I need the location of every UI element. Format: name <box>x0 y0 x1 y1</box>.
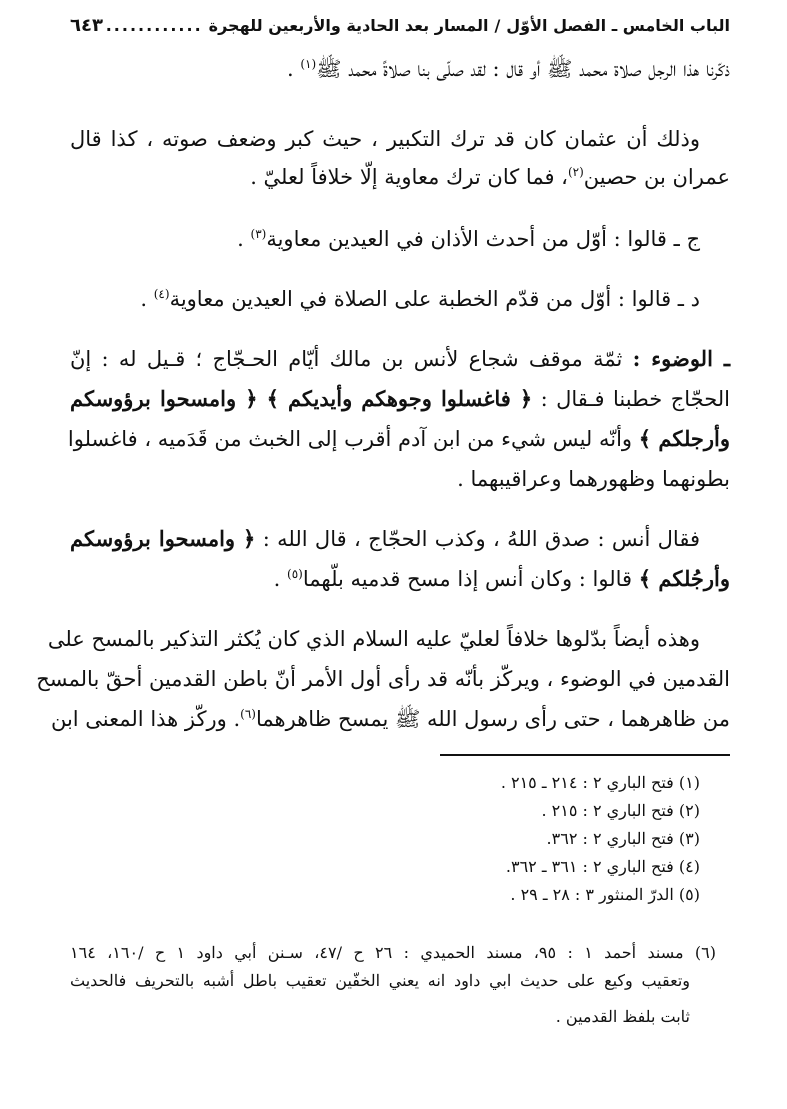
text-run: . وركّز هذا المعنى ابن <box>51 707 240 731</box>
body-line-11: وأرجُلكم ﴾ قالوا : وكان أنس إذا مسح قدمي… <box>70 562 730 596</box>
body-line-10: فقال أنس : صدق اللهُ ، وكذب الحجّاج ، قا… <box>70 522 730 556</box>
text-run: . <box>140 287 147 311</box>
chapter-label: الباب الخامس ـ الفصل الأوّل <box>506 16 730 35</box>
body-line-9: بطونهما وظهورهما وعراقيبهما . <box>70 462 730 496</box>
footnote-text: فتح الباري ٢ : ٣٦٢. <box>547 829 674 848</box>
footnote-marker: (٤) <box>679 857 700 876</box>
section-label: المسار بعد الحادية والأربعين للهجرة <box>209 16 489 35</box>
body-line-8: وأرجلكم ﴾ وأنّه ليس شيء من ابن آدم أقرب … <box>70 422 730 456</box>
text-run: وهذه أيضاً بدّلوها خلافاً لعليّ عليه الس… <box>48 627 700 651</box>
text-run: ج ـ قالوا : أوّل من أحدث الأذان في العيد… <box>266 227 700 251</box>
footnote-text: فتح الباري ٢ : ٣٦١ ـ ٣٦٢. <box>506 857 674 876</box>
quran-quote: وأرجُلكم ﴾ <box>639 566 730 591</box>
text-run: قالوا : وكان أنس إذا مسح قدميه بلّهما <box>303 567 632 591</box>
footnote-marker: (٢) <box>679 801 700 820</box>
footnote-ref-3[interactable]: (٣) <box>251 227 267 241</box>
body-line-13: القدمين في الوضوء ، ويركّز بأنّه قد رأى … <box>70 662 730 696</box>
text-run: وأنّه ليس شيء من ابن آدم أقرب إلى الخبث … <box>68 427 632 451</box>
body-line-12: وهذه أيضاً بدّلوها خلافاً لعليّ عليه الس… <box>70 622 730 656</box>
running-head: الباب الخامس ـ الفصل الأوّل / المسار بعد… <box>70 8 730 42</box>
text-run: من ظاهرهما ، حتى رأى رسول الله ﷺ يمسح ظا… <box>256 707 730 731</box>
footnote-text: الدرّ المنثور ٣ : ٢٨ ـ ٢٩ . <box>510 885 673 904</box>
text-run: ، فما كان ترك معاوية إلّا خلافاً لعليّ . <box>250 165 568 189</box>
page-number: ٦٤٣ <box>70 15 103 36</box>
footnote-3: (٣) فتح الباري ٢ : ٣٦٢. <box>70 826 730 852</box>
footnote-ref-2[interactable]: (٢) <box>568 165 584 179</box>
body-line-5: د ـ قالوا : أوّل من قدّم الخطبة على الصل… <box>70 282 730 316</box>
text-run: وذلك أن عثمان كان قد ترك التكبير ، حيث ك… <box>70 127 700 151</box>
book-page: الباب الخامس ـ الفصل الأوّل / المسار بعد… <box>70 0 730 1109</box>
footnote-marker: (١) <box>679 773 700 792</box>
dot-leaders: ............ <box>103 16 209 35</box>
quran-quote: وأرجلكم ﴾ <box>639 426 730 451</box>
text-run: د ـ قالوا : أوّل من قدّم الخطبة على الصل… <box>170 287 700 311</box>
text-run: الحجّاج خطبنا فـقال : <box>541 387 730 411</box>
footnote-6-continued-2: ثابت بلفظ القدمين . <box>70 1004 730 1030</box>
body-line-4: ج ـ قالوا : أوّل من أحدث الأذان في العيد… <box>70 222 730 256</box>
footnote-text: وتعقيب وكيع على حديث ابي داود انه يعني ا… <box>70 971 690 990</box>
text-run: بطونهما وظهورهما وعراقيبهما . <box>457 467 730 491</box>
footnote-2: (٢) فتح الباري ٢ : ٢١٥ . <box>70 798 730 824</box>
text-run: فقال أنس : صدق اللهُ ، وكذب الحجّاج ، قا… <box>263 527 700 551</box>
body-line-6: ـ الوضوء : ثمّة موقف شجاع لأنس بن مالك أ… <box>70 342 730 376</box>
footnote-text: فتح الباري ٢ : ٢١٤ ـ ٢١٥ . <box>501 773 674 792</box>
footnote-6: (٦) مسند أحمد ١ : ٩٥، مسند الحميدي : ٢٦ … <box>70 940 730 966</box>
running-head-title: الباب الخامس ـ الفصل الأوّل / المسار بعد… <box>209 16 730 35</box>
footnote-5: (٥) الدرّ المنثور ٣ : ٢٨ ـ ٢٩ . <box>70 882 730 908</box>
text-run: . <box>274 567 281 591</box>
quran-quote: ﴿ وامسحوا برؤوسكم <box>70 526 255 551</box>
body-line-2: وذلك أن عثمان كان قد ترك التكبير ، حيث ك… <box>70 122 730 156</box>
text-run: عمران بن حصين <box>584 165 730 189</box>
footnote-text: فتح الباري ٢ : ٢١٥ . <box>541 801 673 820</box>
footnote-6-continued: وتعقيب وكيع على حديث ابي داود انه يعني ا… <box>70 968 730 994</box>
footnote-ref-4[interactable]: (٤) <box>154 287 170 301</box>
footnote-4: (٤) فتح الباري ٢ : ٣٦١ ـ ٣٦٢. <box>70 854 730 880</box>
body-line-14: من ظاهرهما ، حتى رأى رسول الله ﷺ يمسح ظا… <box>70 702 730 736</box>
footnote-ref-1[interactable]: (١) <box>300 57 316 71</box>
body-line-3: عمران بن حصين(٢)، فما كان ترك معاوية إلّ… <box>70 160 730 194</box>
text-run: . <box>287 57 294 81</box>
quran-quote: ﴿ فاغسلوا وجوهكم وأيديكم ﴾ ﴿ وامسحوا برؤ… <box>70 386 532 411</box>
text-run: ذكّرنا هذا الرجل صلاة محمد ﷺ أو قال : لق… <box>316 57 730 81</box>
footnote-text: مسند أحمد ١ : ٩٥، مسند الحميدي : ٢٦ ح /٤… <box>70 943 684 962</box>
footnote-ref-6[interactable]: (٦) <box>240 707 256 721</box>
footnote-1: (١) فتح الباري ٢ : ٢١٤ ـ ٢١٥ . <box>70 770 730 796</box>
head-separator: / <box>494 16 500 35</box>
footnote-marker: (٦) <box>695 943 716 962</box>
body-line-7: الحجّاج خطبنا فـقال : ﴿ فاغسلوا وجوهكم و… <box>70 382 730 416</box>
text-run: ثمّة موقف شجاع لأنس بن مالك أيّام الحـجّ… <box>70 347 622 371</box>
body-line-1: ذكّرنا هذا الرجل صلاة محمد ﷺ أو قال : لق… <box>70 52 730 86</box>
footnote-text: ثابت بلفظ القدمين . <box>556 1007 690 1026</box>
footnote-divider <box>440 754 730 756</box>
text-run: . <box>237 227 244 251</box>
footnote-marker: (٣) <box>679 829 700 848</box>
footnote-ref-5[interactable]: (٥) <box>287 567 303 581</box>
section-heading-wudu: ـ الوضوء : <box>633 346 730 371</box>
footnote-marker: (٥) <box>679 885 700 904</box>
text-run: القدمين في الوضوء ، ويركّز بأنّه قد رأى … <box>36 667 730 691</box>
